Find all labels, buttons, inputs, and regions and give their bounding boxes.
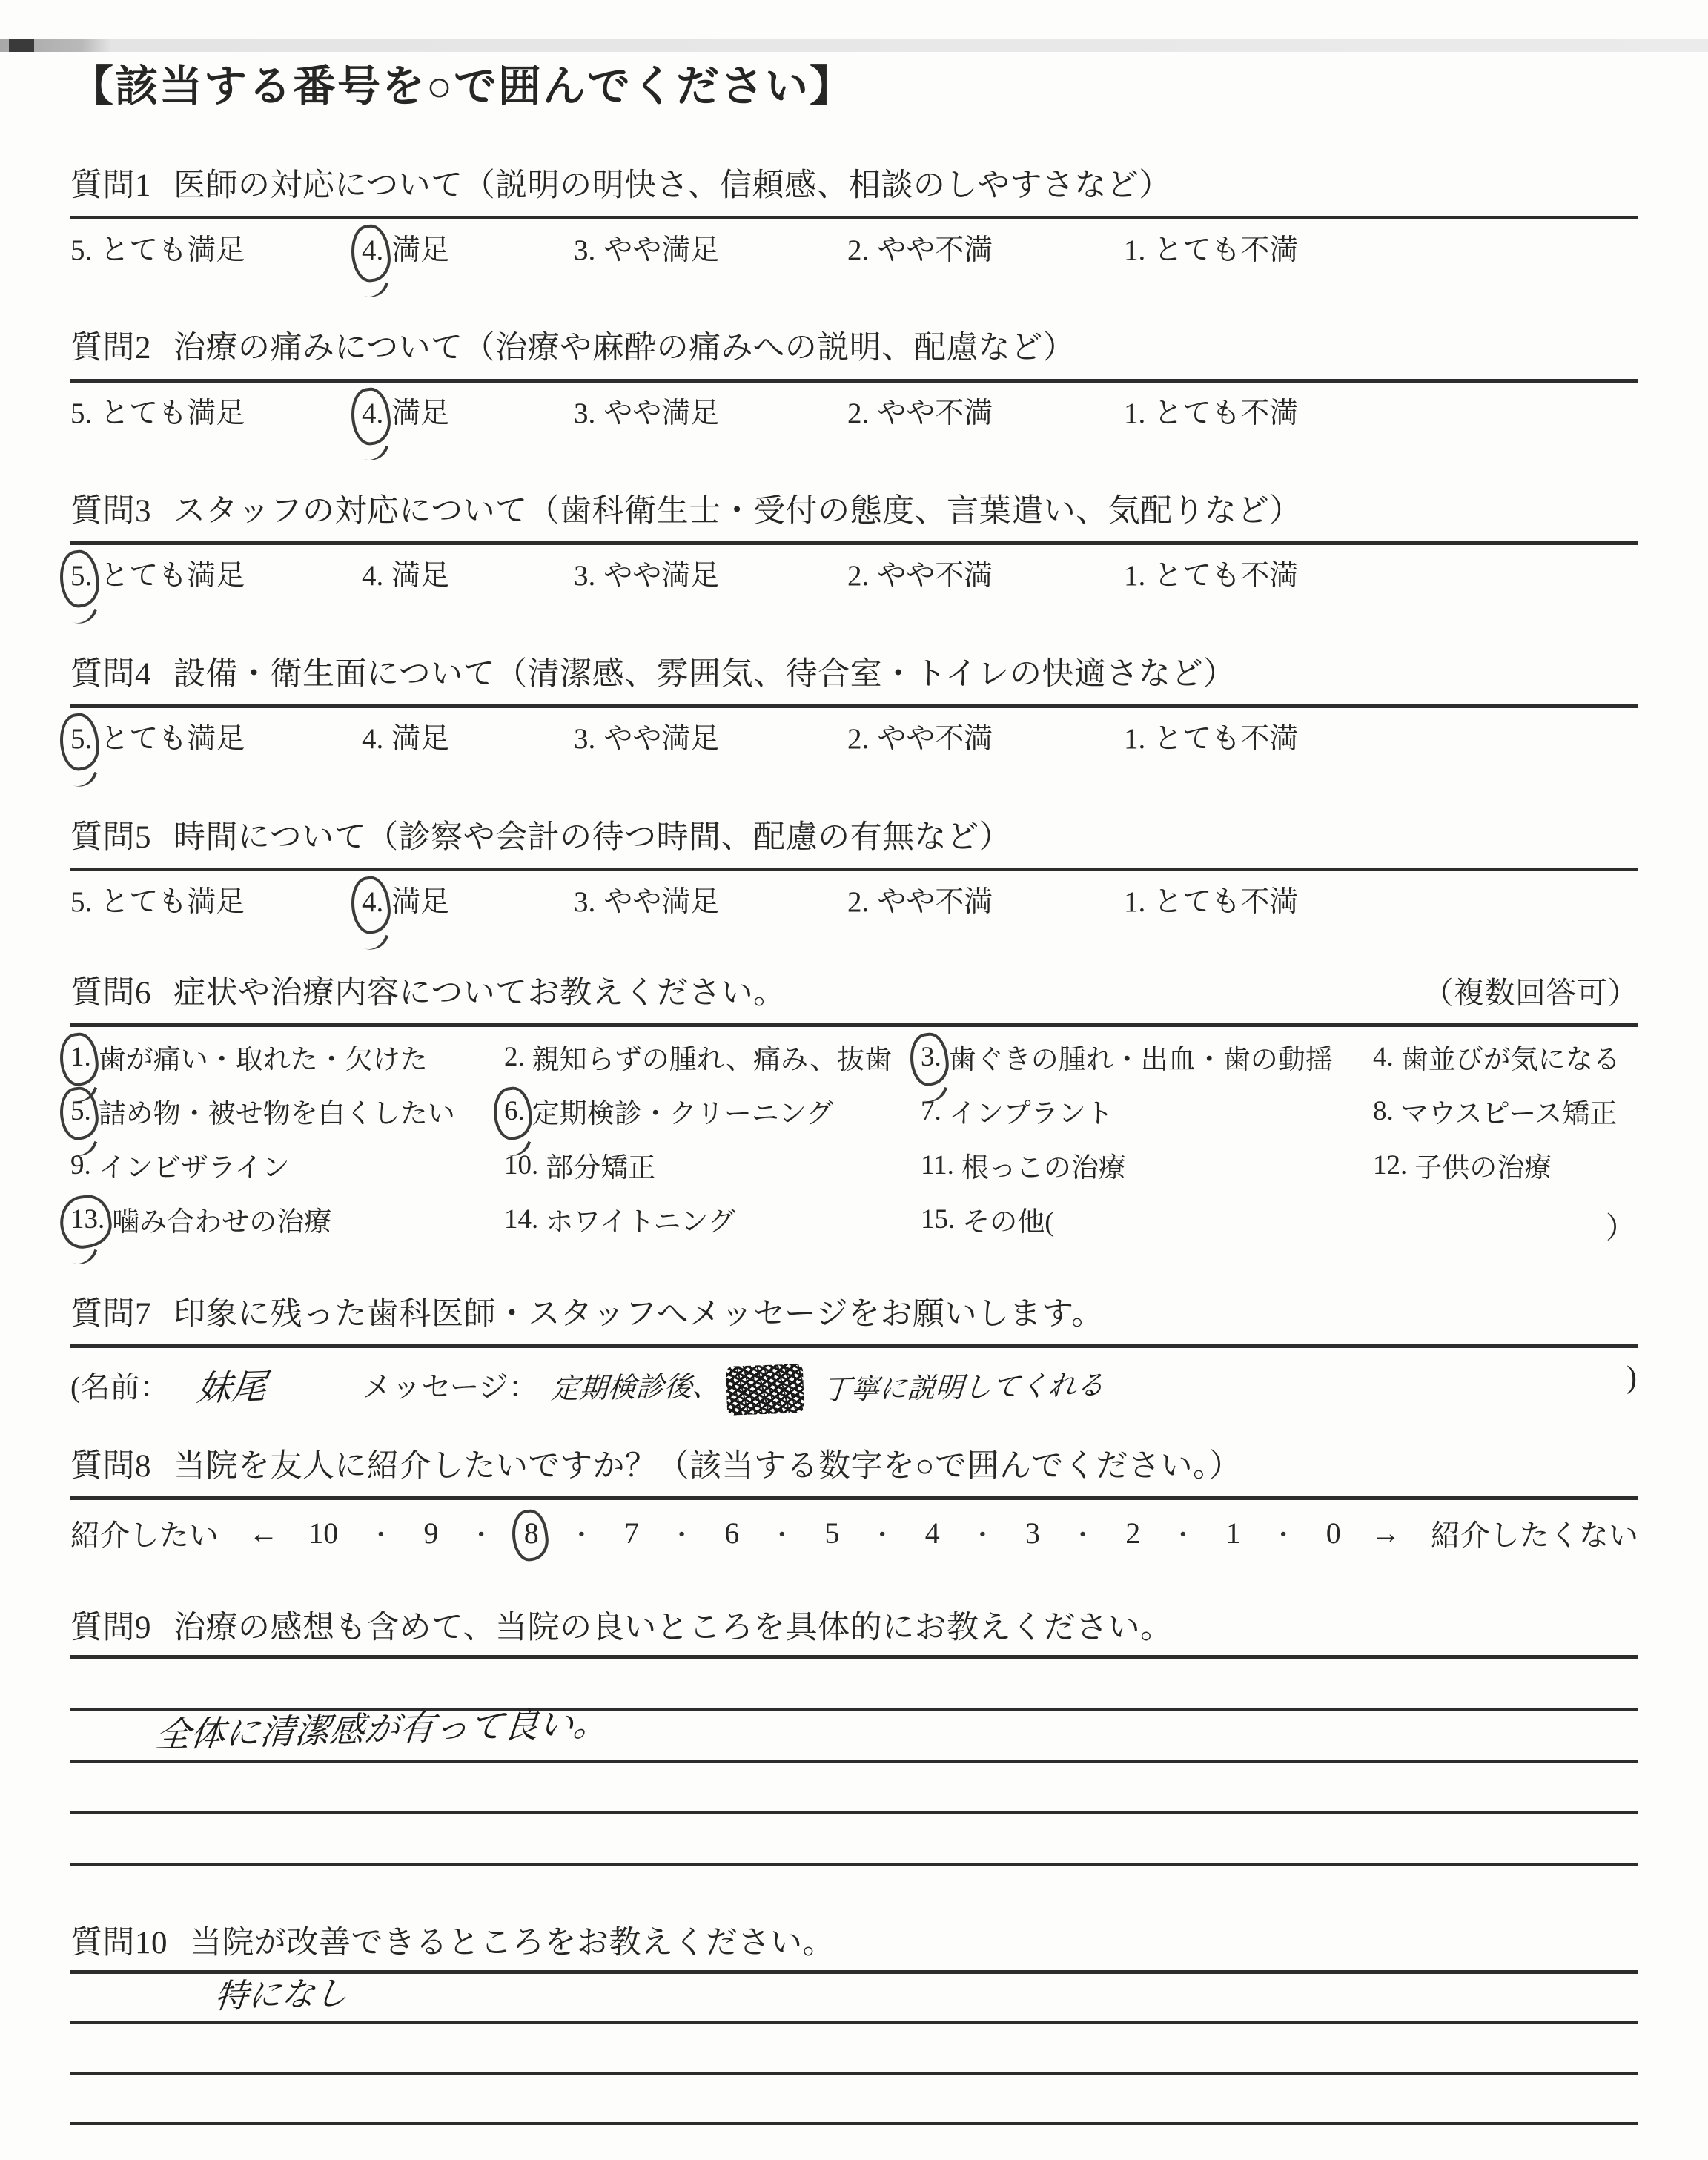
symptom-item-4: 4.歯並びが気になる xyxy=(1373,1030,1638,1084)
item-number: 12. xyxy=(1373,1149,1407,1181)
symptom-item-7: 7.インプラント xyxy=(921,1084,1373,1138)
close-paren: ) xyxy=(1626,1360,1637,1396)
option-label: とても満足 xyxy=(100,885,245,921)
rating-option-3: 3.やや満足 xyxy=(574,721,847,758)
rating-scale: 5.とても満足 4.満足 3.やや満足 2.やや不満 1.とても不満 xyxy=(70,885,1638,921)
item-label: その他( xyxy=(962,1199,1053,1239)
heading-rule xyxy=(70,216,1638,219)
question-title: 当院を友人に紹介したいですか？（該当する数字を○で囲んでください。） xyxy=(173,1446,1241,1487)
dot-separator: ・ xyxy=(870,1515,895,1551)
option-number: 4. xyxy=(362,558,383,595)
option-label: とても満足 xyxy=(100,558,245,595)
question-title: 治療の感想も含めて、当院の良いところを具体的にお教えください。 xyxy=(173,1608,1173,1648)
scanned-survey-page: 【該当する番号を○で囲んでください】 質問1 医師の対応について（説明の明快さ、… xyxy=(0,0,1708,2160)
left-arrow: ← xyxy=(249,1516,279,1550)
option-label: やや満足 xyxy=(603,885,719,921)
nps-number-10: 10 xyxy=(308,1516,338,1550)
question-number-label: 質問8 xyxy=(70,1446,151,1487)
option-label: とても不満 xyxy=(1153,721,1298,758)
rating-option-2: 2.やや不満 xyxy=(847,885,1124,921)
rating-option-5: 5.とても満足 xyxy=(70,396,362,432)
dot-separator: ・ xyxy=(1171,1515,1196,1551)
option-label: とても不満 xyxy=(1153,233,1298,269)
nps-number-5: 5 xyxy=(825,1516,840,1550)
symptom-item-15-other: 15.その他( xyxy=(921,1192,1373,1246)
option-number: 3. xyxy=(574,233,595,269)
symptom-item-3-selected: 3.歯ぐきの腫れ・出血・歯の動揺 xyxy=(921,1030,1373,1084)
rating-option-3: 3.やや満足 xyxy=(574,885,847,921)
nps-number-4: 4 xyxy=(925,1516,940,1550)
item-number: 14. xyxy=(504,1203,538,1235)
item-number: 8. xyxy=(1373,1095,1394,1127)
item-label: 定期検診・クリーニング xyxy=(532,1091,833,1131)
question-number-label: 質問5 xyxy=(70,817,151,858)
item-label: インプラント xyxy=(949,1091,1113,1131)
option-label: やや満足 xyxy=(603,558,719,595)
right-arrow: → xyxy=(1371,1516,1400,1550)
heading-rule xyxy=(70,1344,1638,1348)
rating-scale: 5.とても満足 4.満足 3.やや満足 2.やや不満 1.とても不満 xyxy=(70,233,1638,269)
rating-option-3: 3.やや満足 xyxy=(574,558,847,595)
option-number: 3. xyxy=(574,885,595,921)
answer-line xyxy=(70,1659,1638,1711)
option-number: 1. xyxy=(1124,885,1145,921)
option-number: 2. xyxy=(847,233,869,269)
option-number: 2. xyxy=(847,721,869,758)
question-title: 症状や治療内容についてお教えください。 xyxy=(173,973,786,1014)
item-label: 歯ぐきの腫れ・出血・歯の動揺 xyxy=(949,1037,1333,1077)
question-9-good-points: 質問9 治療の感想も含めて、当院の良いところを具体的にお教えください。 全体に清… xyxy=(70,1608,1638,1866)
option-number: 1. xyxy=(1124,233,1145,269)
nps-number-7: 7 xyxy=(624,1516,639,1550)
option-number: 1. xyxy=(1124,396,1145,432)
nps-number-0: 0 xyxy=(1326,1516,1341,1550)
question-heading: 質問2 治療の痛みについて（治療や麻酔の痛みへの説明、配慮など） xyxy=(70,328,1638,369)
question-10-improvements: 質問10 当院が改善できるところをお教えください。 特になし xyxy=(70,1923,1638,2125)
question-4-facility-hygiene: 質問4 設備・衛生面について（清潔感、雰囲気、待合室・トイレの快適さなど） 5.… xyxy=(70,654,1638,758)
option-number: 1. xyxy=(1124,721,1145,758)
handwritten-answer: 特になし xyxy=(70,1966,351,2021)
rating-option-5-selected: 5.とても満足 xyxy=(70,558,362,595)
answer-line: 特になし xyxy=(70,1974,1638,2024)
option-number: 1. xyxy=(1124,558,1145,595)
dot-separator: ・ xyxy=(1070,1515,1096,1551)
nps-number-9: 9 xyxy=(424,1516,439,1550)
question-heading: 質問8 当院を友人に紹介したいですか？（該当する数字を○で囲んでください。） xyxy=(70,1446,1638,1487)
question-number-label: 質問7 xyxy=(70,1294,151,1335)
option-label: とても不満 xyxy=(1153,396,1298,432)
symptom-item-6-selected: 6.定期検診・クリーニング xyxy=(504,1084,921,1138)
option-number: 2. xyxy=(847,558,869,595)
option-label: とても不満 xyxy=(1153,885,1298,921)
question-number-label: 質問1 xyxy=(70,165,151,206)
circle-mark: 5. xyxy=(70,721,92,758)
answer-line xyxy=(70,1763,1638,1814)
other-close-paren: ） xyxy=(1373,1192,1638,1246)
question-title: 当院が改善できるところをお教えください。 xyxy=(190,1923,835,1964)
symptom-item-1-selected: 1.歯が痛い・取れた・欠けた xyxy=(70,1030,504,1084)
question-3-staff-response: 質問3 スタッフの対応について（歯科衛生士・受付の態度、言葉遣い、気配りなど） … xyxy=(70,491,1638,595)
nps-number-3: 3 xyxy=(1025,1516,1040,1550)
option-number: 3. xyxy=(574,558,595,595)
answer-line xyxy=(70,1814,1638,1866)
option-label: やや不満 xyxy=(877,396,993,432)
question-title: 印象に残った歯科医師・スタッフへメッセージをお願いします。 xyxy=(173,1294,1104,1335)
message-field-label: メッセージ： xyxy=(362,1364,538,1406)
rating-option-1: 1.とても不満 xyxy=(1124,233,1638,269)
option-number: 3. xyxy=(574,396,595,432)
handwritten-name: 妹尾 xyxy=(195,1358,269,1411)
dot-separator: ・ xyxy=(1271,1515,1296,1551)
rating-option-1: 1.とても不満 xyxy=(1124,396,1638,432)
dot-separator: ・ xyxy=(368,1515,394,1551)
question-heading: 質問10 当院が改善できるところをお教えください。 xyxy=(70,1923,1638,1964)
heading-rule xyxy=(70,868,1638,871)
question-number-label: 質問4 xyxy=(70,654,151,695)
dot-separator: ・ xyxy=(469,1515,494,1551)
question-number-label: 質問9 xyxy=(70,1608,151,1648)
question-heading: 質問4 設備・衛生面について（清潔感、雰囲気、待合室・トイレの快適さなど） xyxy=(70,654,1638,695)
question-title: 医師の対応について（説明の明快さ、信頼感、相談のしやすさなど） xyxy=(173,165,1171,206)
option-number: 5. xyxy=(70,885,92,921)
name-field-label: (名前： xyxy=(70,1364,169,1406)
circle-mark: 4. xyxy=(362,233,383,269)
option-label: 満足 xyxy=(391,558,449,595)
rating-option-1: 1.とても不満 xyxy=(1124,721,1638,758)
message-answer-row: (名前： 妹尾 メッセージ： 定期検診後、 丁寧に説明してくれる ) xyxy=(70,1355,1638,1415)
rating-option-2: 2.やや不満 xyxy=(847,558,1124,595)
rating-option-5-selected: 5.とても満足 xyxy=(70,721,362,758)
option-number: 2. xyxy=(847,396,869,432)
circle-mark: 5. xyxy=(70,1095,91,1127)
question-2-treatment-pain: 質問2 治療の痛みについて（治療や麻酔の痛みへの説明、配慮など） 5.とても満足… xyxy=(70,328,1638,432)
option-number: 3. xyxy=(574,721,595,758)
rating-option-1: 1.とても不満 xyxy=(1124,558,1638,595)
scan-artifact-bar xyxy=(0,39,1708,52)
question-number-label: 質問10 xyxy=(70,1923,168,1964)
question-heading: 質問1 医師の対応について（説明の明快さ、信頼感、相談のしやすさなど） xyxy=(70,165,1638,206)
rating-scale: 5.とても満足 4.満足 3.やや満足 2.やや不満 1.とても不満 xyxy=(70,721,1638,758)
item-number: 4. xyxy=(1373,1041,1394,1073)
circle-mark: 4. xyxy=(362,885,383,921)
heading-rule xyxy=(70,379,1638,383)
heading-rule xyxy=(70,1023,1638,1027)
nps-left-label: 紹介したい xyxy=(70,1512,219,1554)
item-number: 15. xyxy=(921,1203,955,1235)
page-title: 【該当する番号を○で囲んでください】 xyxy=(70,0,1638,112)
option-label: 満足 xyxy=(391,721,449,758)
dot-separator: ・ xyxy=(669,1515,695,1551)
circle-mark: 4. xyxy=(362,396,383,432)
question-heading: 質問3 スタッフの対応について（歯科衛生士・受付の態度、言葉遣い、気配りなど） xyxy=(70,491,1638,532)
nps-number-6: 6 xyxy=(724,1516,739,1550)
option-label: とても満足 xyxy=(100,233,245,269)
item-label: 歯並びが気になる xyxy=(1401,1037,1621,1077)
scribbled-out-text xyxy=(726,1364,804,1416)
rating-option-2: 2.やや不満 xyxy=(847,721,1124,758)
symptom-item-11: 11.根っこの治療 xyxy=(921,1138,1373,1192)
symptom-item-13-selected: 13.噛み合わせの治療 xyxy=(70,1192,504,1246)
circle-mark: 5. xyxy=(70,558,92,595)
question-6-symptoms: 質問6 症状や治療内容についてお教えください。 （複数回答可） 1.歯が痛い・取… xyxy=(70,973,1638,1246)
option-label: とても満足 xyxy=(100,396,245,432)
answer-line xyxy=(70,2024,1638,2075)
question-heading: 質問6 症状や治療内容についてお教えください。 （複数回答可） xyxy=(70,973,1638,1014)
rating-option-4-selected: 4.満足 xyxy=(362,233,574,269)
circle-mark: 6. xyxy=(504,1095,525,1127)
heading-rule xyxy=(70,704,1638,708)
item-label: 親知らずの腫れ、痛み、抜歯 xyxy=(532,1037,892,1077)
question-heading: 質問9 治療の感想も含めて、当院の良いところを具体的にお教えください。 xyxy=(70,1608,1638,1648)
answer-line xyxy=(70,2075,1638,2125)
nps-right-label: 紹介したくない xyxy=(1431,1512,1638,1554)
question-heading: 質問7 印象に残った歯科医師・スタッフへメッセージをお願いします。 xyxy=(70,1294,1638,1335)
circle-mark: 13. xyxy=(70,1203,105,1235)
rating-option-5: 5.とても満足 xyxy=(70,233,362,269)
question-title: スタッフの対応について（歯科衛生士・受付の態度、言葉遣い、気配りなど） xyxy=(173,491,1302,532)
item-label: マウスピース矯正 xyxy=(1401,1091,1618,1131)
rating-option-4-selected: 4.満足 xyxy=(362,885,574,921)
symptom-item-5-selected: 5.詰め物・被せ物を白くしたい xyxy=(70,1084,504,1138)
option-number: 5. xyxy=(70,233,92,269)
symptom-item-10: 10.部分矯正 xyxy=(504,1138,921,1192)
nps-number-2: 2 xyxy=(1125,1516,1140,1550)
symptom-item-14: 14.ホワイトニング xyxy=(504,1192,921,1246)
heading-rule xyxy=(70,541,1638,545)
question-number-label: 質問6 xyxy=(70,973,151,1014)
option-number: 5. xyxy=(70,396,92,432)
answer-line: 全体に清潔感が有って良い。 xyxy=(70,1711,1638,1763)
question-1-doctor-response: 質問1 医師の対応について（説明の明快さ、信頼感、相談のしやすさなど） 5.とて… xyxy=(70,165,1638,269)
rating-scale: 5.とても満足 4.満足 3.やや満足 2.やや不満 1.とても不満 xyxy=(70,558,1638,595)
symptom-item-9: 9.インビザライン xyxy=(70,1138,504,1192)
symptom-item-2: 2.親知らずの腫れ、痛み、抜歯 xyxy=(504,1030,921,1084)
item-number: 2. xyxy=(504,1041,525,1073)
option-label: やや不満 xyxy=(877,558,993,595)
heading-rule xyxy=(70,1496,1638,1500)
nps-number-1: 1 xyxy=(1226,1516,1241,1550)
rating-option-4: 4.満足 xyxy=(362,721,574,758)
option-label: とても満足 xyxy=(100,721,245,758)
option-label: 満足 xyxy=(391,233,449,269)
multiple-answers-note: （複数回答可） xyxy=(1423,974,1639,1012)
option-label: とても不満 xyxy=(1153,558,1298,595)
rating-option-3: 3.やや満足 xyxy=(574,233,847,269)
symptom-options-grid: 1.歯が痛い・取れた・欠けた 2.親知らずの腫れ、痛み、抜歯 3.歯ぐきの腫れ・… xyxy=(70,1030,1638,1246)
question-8-recommend-nps: 質問8 当院を友人に紹介したいですか？（該当する数字を○で囲んでください。） 紹… xyxy=(70,1446,1638,1554)
question-5-waiting-time: 質問5 時間について（診察や会計の待つ時間、配慮の有無など） 5.とても満足 4… xyxy=(70,817,1638,921)
rating-option-4: 4.満足 xyxy=(362,558,574,595)
option-label: やや不満 xyxy=(877,885,993,921)
rating-option-2: 2.やや不満 xyxy=(847,396,1124,432)
option-label: やや満足 xyxy=(603,721,719,758)
item-label: 詰め物・被せ物を白くしたい xyxy=(99,1091,455,1131)
question-number-label: 質問3 xyxy=(70,491,151,532)
item-label: インビザライン xyxy=(99,1145,290,1185)
question-7-message: 質問7 印象に残った歯科医師・スタッフへメッセージをお願いします。 (名前： 妹… xyxy=(70,1294,1638,1415)
rating-option-3: 3.やや満足 xyxy=(574,396,847,432)
rating-option-4-selected: 4.満足 xyxy=(362,396,574,432)
question-title: 治療の痛みについて（治療や麻酔の痛みへの説明、配慮など） xyxy=(173,328,1075,369)
handwritten-message-part2: 丁寧に説明してくれる xyxy=(821,1362,1106,1408)
nps-scale-row: 紹介したい ← 10 ・ 9 ・ 8 ・ 7 ・ 6 ・ 5 ・ 4 ・ 3 ・… xyxy=(70,1512,1638,1554)
item-label: 根っこの治療 xyxy=(961,1145,1126,1185)
option-label: 満足 xyxy=(391,396,449,432)
question-title: 設備・衛生面について（清潔感、雰囲気、待合室・トイレの快適さなど） xyxy=(173,654,1236,695)
rating-option-2: 2.やや不満 xyxy=(847,233,1124,269)
question-heading: 質問5 時間について（診察や会計の待つ時間、配慮の有無など） xyxy=(70,817,1638,858)
rating-option-5: 5.とても満足 xyxy=(70,885,362,921)
option-label: やや満足 xyxy=(603,233,719,269)
handwritten-message-part1: 定期検診後、 xyxy=(550,1363,722,1407)
question-title: 時間について（診察や会計の待つ時間、配慮の有無など） xyxy=(173,817,1011,858)
rating-scale: 5.とても満足 4.満足 3.やや満足 2.やや不満 1.とても不満 xyxy=(70,396,1638,432)
option-label: やや不満 xyxy=(877,721,993,758)
option-label: 満足 xyxy=(391,885,449,921)
circle-mark: 1. xyxy=(70,1041,91,1073)
item-label: ホワイトニング xyxy=(546,1199,735,1239)
symptom-item-8: 8.マウスピース矯正 xyxy=(1373,1084,1638,1138)
circle-mark: 3. xyxy=(921,1041,941,1073)
item-label: 歯が痛い・取れた・欠けた xyxy=(99,1037,428,1077)
rating-option-1: 1.とても不満 xyxy=(1124,885,1638,921)
item-label: 子供の治療 xyxy=(1414,1145,1552,1185)
item-label: 部分矯正 xyxy=(546,1145,655,1185)
item-number: 11. xyxy=(921,1149,954,1181)
question-number-label: 質問2 xyxy=(70,328,151,369)
option-label: やや不満 xyxy=(877,233,993,269)
option-label: やや満足 xyxy=(603,396,719,432)
option-number: 2. xyxy=(847,885,869,921)
nps-number-8-selected: 8 xyxy=(524,1516,539,1550)
dot-separator: ・ xyxy=(769,1515,795,1551)
dot-separator: ・ xyxy=(569,1515,594,1551)
item-label: 噛み合わせの治療 xyxy=(112,1199,331,1239)
dot-separator: ・ xyxy=(970,1515,995,1551)
symptom-item-12: 12.子供の治療 xyxy=(1373,1138,1638,1192)
option-number: 4. xyxy=(362,721,383,758)
